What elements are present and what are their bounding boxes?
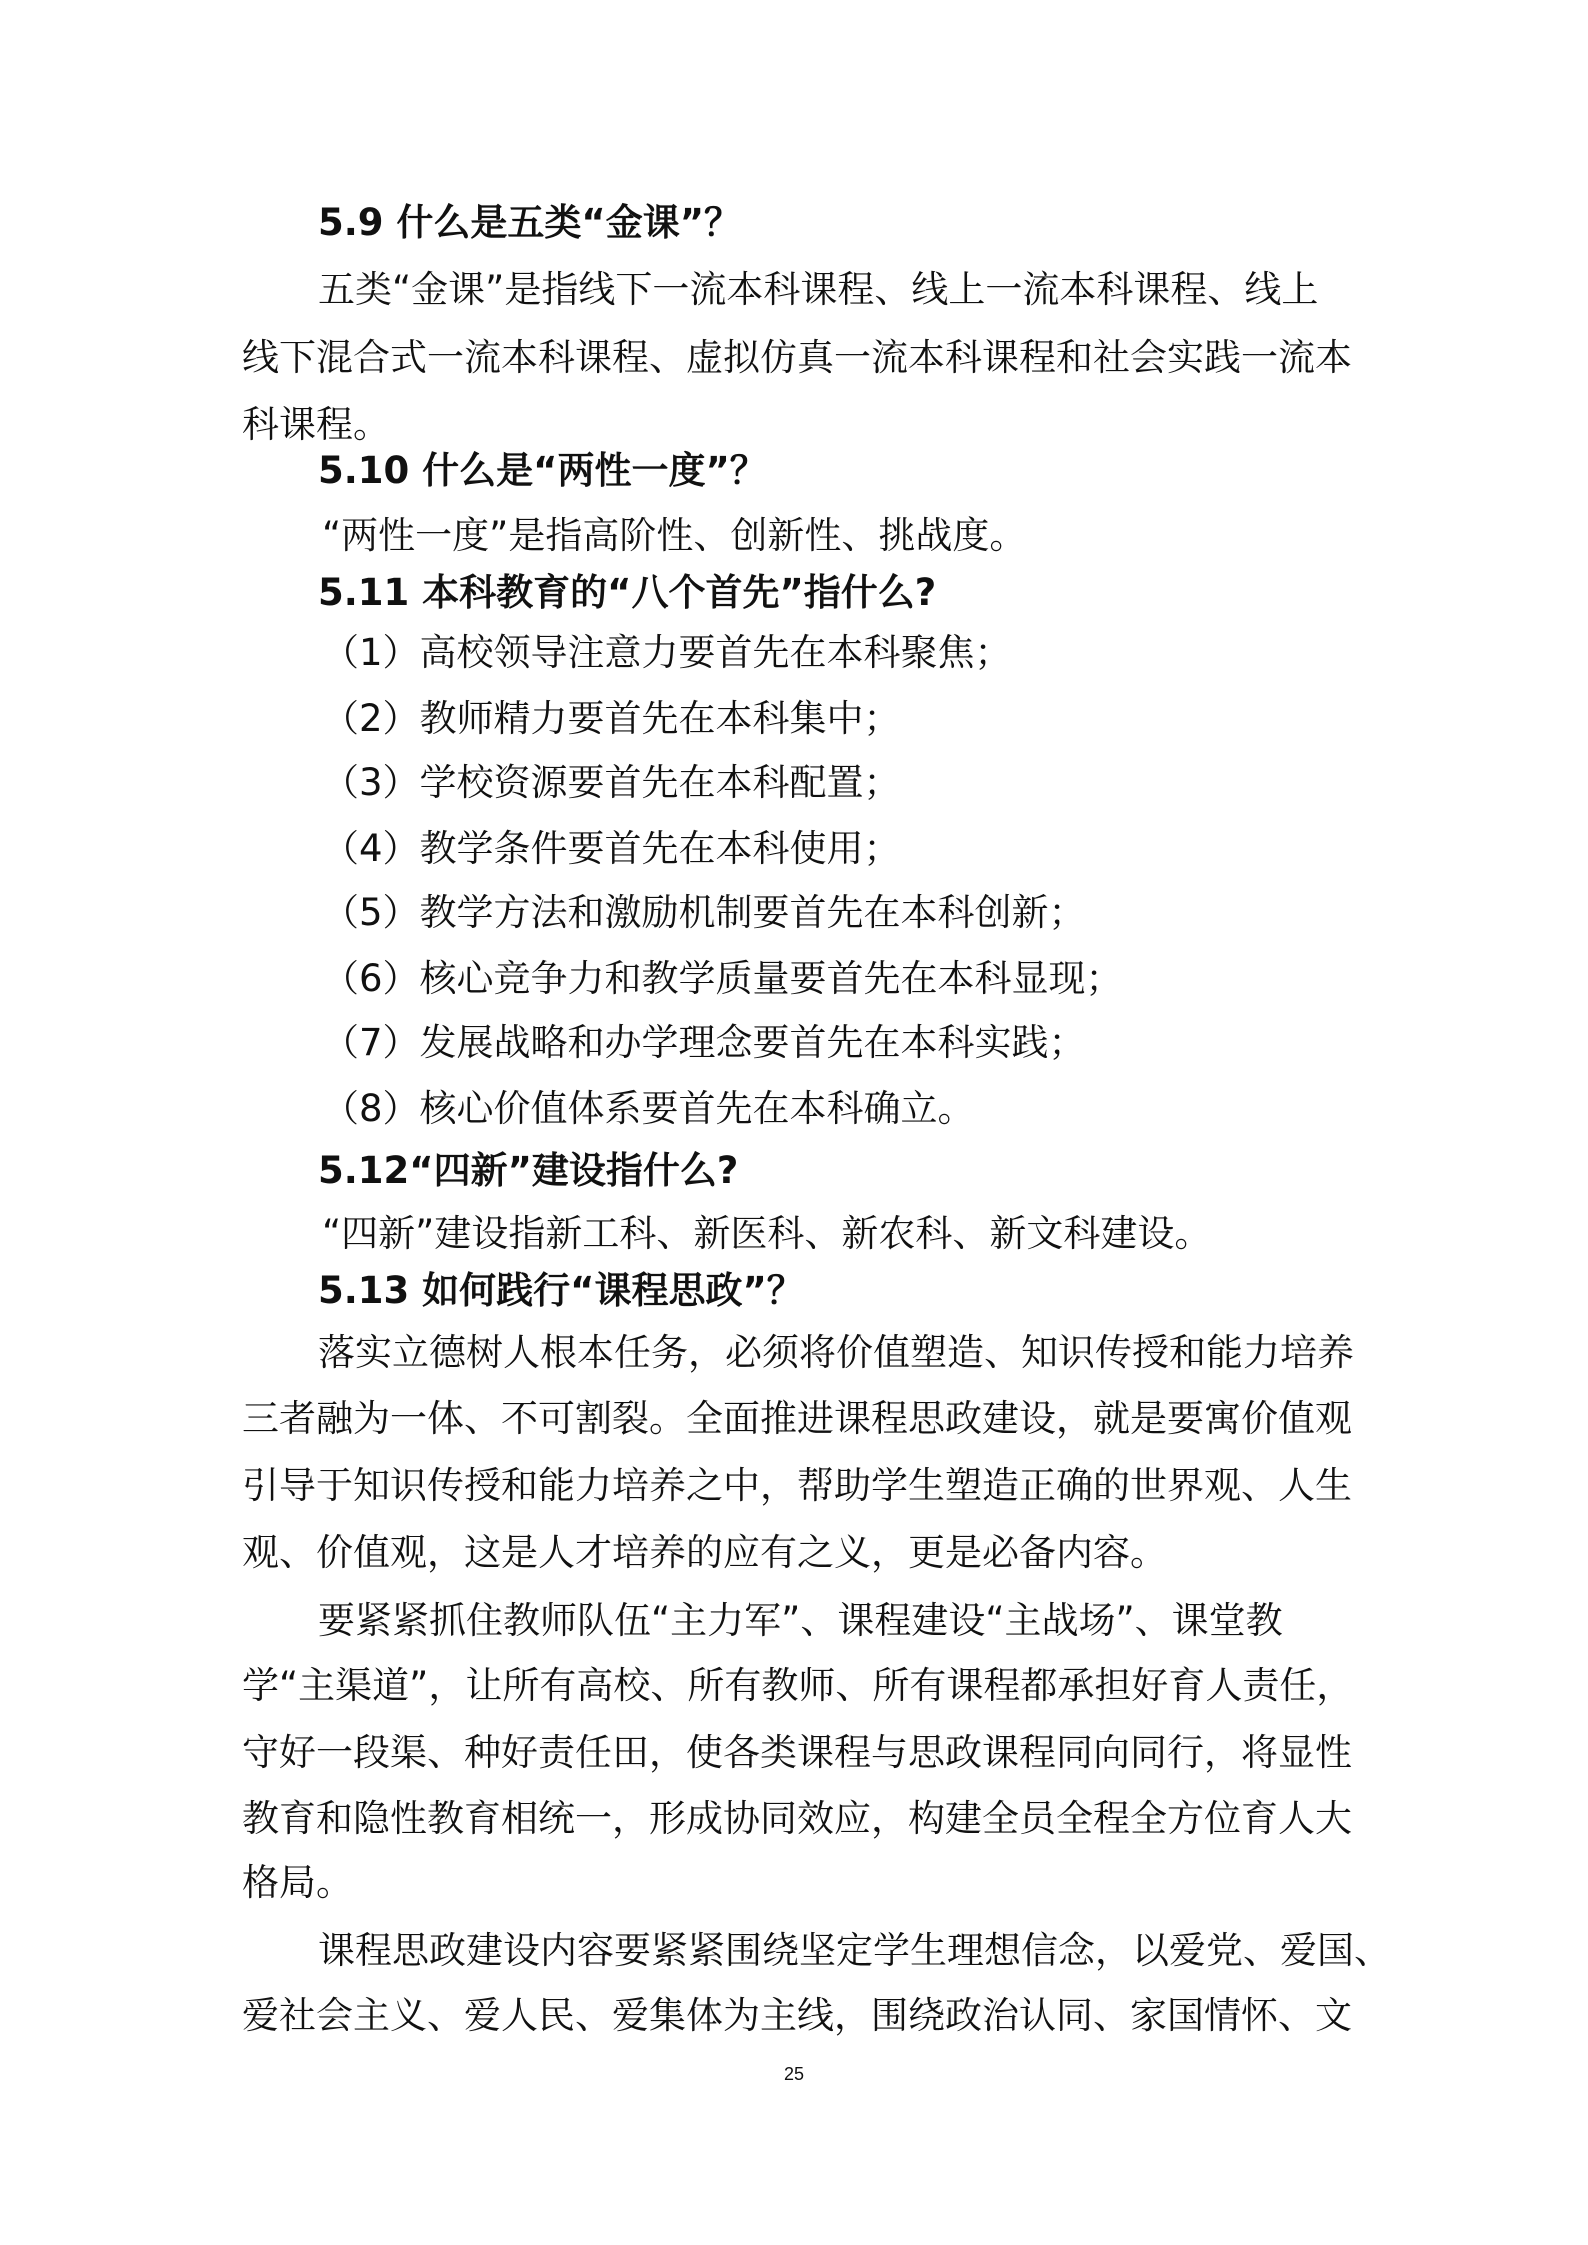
paragraph-line: 要紧紧抓住教师队伍“主力军”、课程建设“主战场”、课堂教 [318,1602,1283,1639]
paragraph-line: 引导于知识传授和能力培养之中，帮助学生塑造正确的世界观、人生 [242,1467,1352,1504]
list-item: （1）高校领导注意力要首先在本科聚焦； [322,634,1012,671]
paragraph-line: 三者融为一体、不可割裂。全面推进课程思政建设，就是要寓价值观 [242,1400,1352,1437]
list-item: （7）发展战略和办学理念要首先在本科实践； [322,1024,1086,1061]
paragraph-line: 教育和隐性教育相统一，形成协同效应，构建全员全程全方位育人大 [242,1800,1352,1837]
section-heading-5-9: 5.9 什么是五类“金课”？ [318,204,741,241]
document-page: 5.9 什么是五类“金课”？ 五类“金课”是指线下一流本科课程、线上一流本科课程… [0,0,1588,2245]
section-heading-5-10: 5.10 什么是“两性一度”？ [318,452,767,489]
section-heading-5-12: 5.12“四新”建设指什么? [318,1152,738,1189]
paragraph-line: “两性一度”是指高阶性、创新性、挑战度。 [322,517,1026,554]
paragraph-line: 守好一段渠、种好责任田，使各类课程与思政课程同向同行，将显性 [242,1734,1352,1771]
paragraph-line: 科课程。 [242,406,390,443]
paragraph-line: 学“主渠道”，让所有高校、所有教师、所有课程都承担好育人责任， [242,1667,1353,1704]
list-item: （6）核心竞争力和教学质量要首先在本科显现； [322,960,1123,997]
paragraph-line: 爱社会主义、爱人民、爱集体为主线，围绕政治认同、家国情怀、文 [242,1997,1352,2034]
list-item: （3）学校资源要首先在本科配置； [322,764,901,801]
page-number: 25 [0,2064,1588,2085]
paragraph-line: 课程思政建设内容要紧紧围绕坚定学生理想信念，以爱党、爱国、 [318,1932,1391,1969]
section-heading-5-11: 5.11 本科教育的“八个首先”指什么? [318,574,936,611]
paragraph-line: 线下混合式一流本科课程、虚拟仿真一流本科课程和社会实践一流本 [242,339,1352,376]
paragraph-line: 观、价值观，这是人才培养的应有之义，更是必备内容。 [242,1534,1167,1571]
section-heading-5-13: 5.13 如何践行“课程思政”？ [318,1272,804,1309]
list-item: （4）教学条件要首先在本科使用； [322,830,901,867]
list-item: （2）教师精力要首先在本科集中； [322,700,901,737]
list-item: （5）教学方法和激励机制要首先在本科创新； [322,894,1086,931]
paragraph-line: 五类“金课”是指线下一流本科课程、线上一流本科课程、线上 [318,271,1318,308]
list-item: （8）核心价值体系要首先在本科确立。 [322,1090,975,1127]
paragraph-line: 格局。 [242,1864,353,1901]
paragraph-line: 落实立德树人根本任务，必须将价值塑造、知识传授和能力培养 [318,1334,1354,1371]
paragraph-line: “四新”建设指新工科、新医科、新农科、新文科建设。 [322,1215,1211,1252]
